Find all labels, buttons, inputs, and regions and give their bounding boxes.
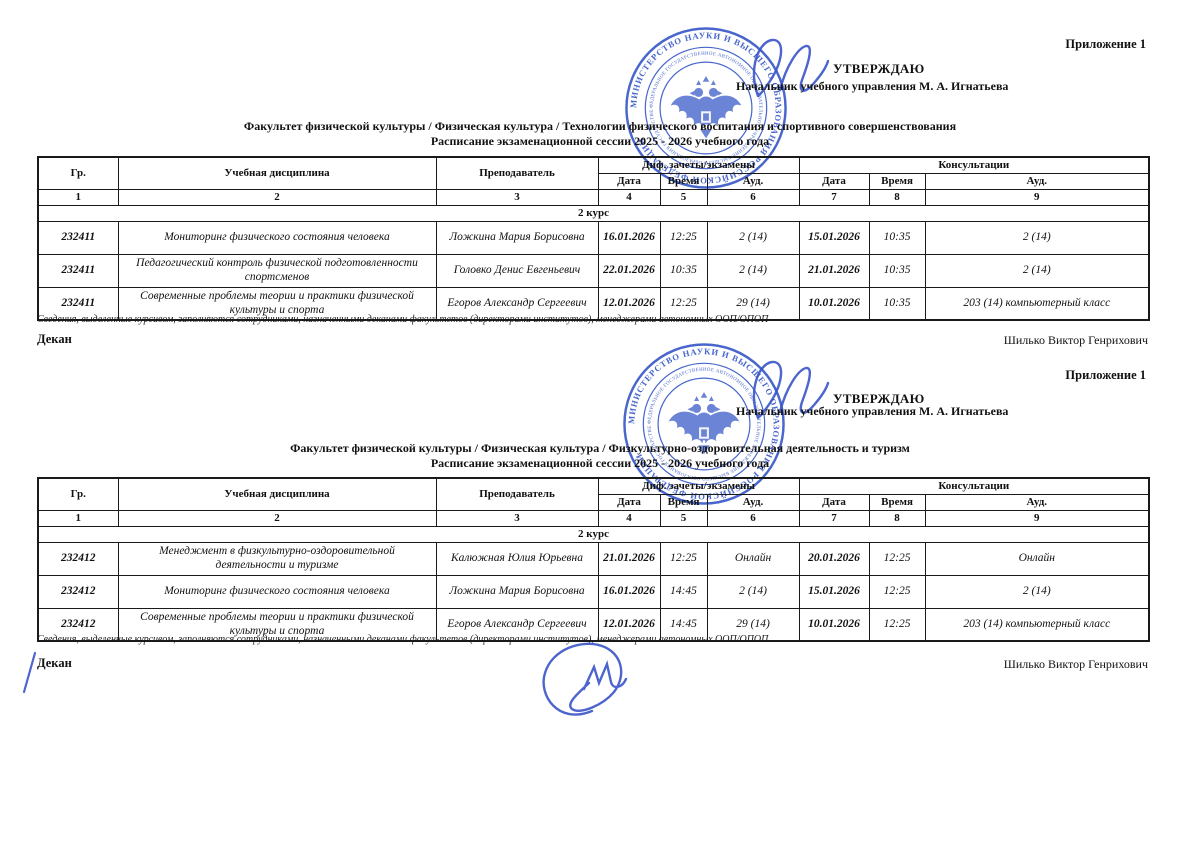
cell: 232411	[38, 254, 118, 287]
signature-graphic	[532, 637, 652, 725]
cell: Онлайн	[707, 542, 799, 575]
col-number: 4	[598, 510, 660, 526]
cell: Мониторинг физического состояния человек…	[118, 575, 436, 608]
pen-slash-mark	[20, 650, 40, 701]
dean-name: Шилько Виктор Генрихович	[1004, 333, 1148, 348]
cell: 232412	[38, 542, 118, 575]
sub-header-room: Ауд.	[707, 494, 799, 510]
cell: 12:25	[660, 542, 707, 575]
schedule-table: Гр. Учебная дисциплина Преподаватель Диф…	[37, 477, 1150, 642]
dean-label: Декан	[37, 656, 72, 671]
cell: 21.01.2026	[598, 542, 660, 575]
document-page: Приложение 1 МИНИСТЕРСТВО НАУКИ И ВЫСШЕГ…	[0, 0, 1200, 849]
cell: 12:25	[660, 221, 707, 254]
col-group-exams: Диф. зачеты/экзамены	[598, 478, 799, 494]
col-header-teacher: Преподаватель	[436, 157, 598, 189]
faculty-title: Факультет физической культуры / Физическ…	[0, 441, 1200, 456]
sub-header-date: Дата	[799, 173, 869, 189]
header-row-numbers: 1 2 3 4 5 6 7 8 9	[38, 189, 1149, 205]
col-header-discipline: Учебная дисциплина	[118, 157, 436, 189]
cell: 10:35	[869, 254, 925, 287]
table-row: 232412Мониторинг физического состояния ч…	[38, 575, 1149, 608]
course-row: 2 курс	[38, 205, 1149, 221]
col-group-consultations: Консультации	[799, 157, 1149, 173]
header-row-groups: Гр. Учебная дисциплина Преподаватель Диф…	[38, 157, 1149, 173]
schedule-table: Гр. Учебная дисциплина Преподаватель Диф…	[37, 156, 1150, 321]
col-number: 2	[118, 189, 436, 205]
sub-header-room: Ауд.	[925, 494, 1149, 510]
cell: Ложкина Мария Борисовна	[436, 575, 598, 608]
dean-label: Декан	[37, 332, 72, 347]
schedule-table-container: Гр. Учебная дисциплина Преподаватель Диф…	[37, 477, 1150, 642]
sub-header-time: Время	[869, 173, 925, 189]
cell: 12:25	[869, 542, 925, 575]
cell: Ложкина Мария Борисовна	[436, 221, 598, 254]
table-row: 232411Педагогический контроль физической…	[38, 254, 1149, 287]
col-number: 7	[799, 189, 869, 205]
cell: Мониторинг физического состояния человек…	[118, 221, 436, 254]
col-number: 5	[660, 189, 707, 205]
sub-header-room: Ауд.	[707, 173, 799, 189]
cell: 2 (14)	[925, 254, 1149, 287]
cell: 232412	[38, 575, 118, 608]
appendix-label: Приложение 1	[1065, 37, 1146, 52]
cell: 14:45	[660, 575, 707, 608]
cell: Педагогический контроль физической подго…	[118, 254, 436, 287]
cell: 20.01.2026	[799, 542, 869, 575]
col-number: 1	[38, 189, 118, 205]
schedule-table-container: Гр. Учебная дисциплина Преподаватель Диф…	[37, 156, 1150, 321]
col-header-group: Гр.	[38, 157, 118, 189]
sub-header-time: Время	[660, 173, 707, 189]
appendix-label: Приложение 1	[1065, 368, 1146, 383]
cell: 2 (14)	[925, 221, 1149, 254]
schedule-title: Расписание экзаменационной сессии 2025 -…	[0, 456, 1200, 471]
col-number: 9	[925, 510, 1149, 526]
col-number: 1	[38, 510, 118, 526]
cell: 22.01.2026	[598, 254, 660, 287]
footnote: Сведения, выделенные курсивом, заполняют…	[37, 314, 837, 325]
sub-header-date: Дата	[598, 173, 660, 189]
col-group-exams: Диф. зачеты/экзамены	[598, 157, 799, 173]
dean-signature	[532, 637, 652, 730]
course-label: 2 курс	[38, 526, 1149, 542]
slash-graphic	[20, 650, 40, 696]
col-number: 7	[799, 510, 869, 526]
cell: 203 (14) компьютерный класс	[925, 608, 1149, 641]
cell: 12:25	[869, 608, 925, 641]
col-number: 3	[436, 510, 598, 526]
sub-header-room: Ауд.	[925, 173, 1149, 189]
cell: 2 (14)	[707, 221, 799, 254]
cell: 2 (14)	[707, 254, 799, 287]
col-number: 3	[436, 189, 598, 205]
col-group-consultations: Консультации	[799, 478, 1149, 494]
cell: 16.01.2026	[598, 575, 660, 608]
col-header-discipline: Учебная дисциплина	[118, 478, 436, 510]
cell: 12:25	[869, 575, 925, 608]
col-number: 6	[707, 510, 799, 526]
col-number: 6	[707, 189, 799, 205]
table-row: 232412Менеджмент в физкультурно-оздорови…	[38, 542, 1149, 575]
col-number: 9	[925, 189, 1149, 205]
sub-header-time: Время	[869, 494, 925, 510]
cell: 10:35	[869, 221, 925, 254]
course-label: 2 курс	[38, 205, 1149, 221]
cell: 15.01.2026	[799, 575, 869, 608]
col-number: 8	[869, 510, 925, 526]
col-number: 2	[118, 510, 436, 526]
course-row: 2 курс	[38, 526, 1149, 542]
cell: 21.01.2026	[799, 254, 869, 287]
cell: 10:35	[660, 254, 707, 287]
cell: 203 (14) компьютерный класс	[925, 287, 1149, 320]
cell: 232411	[38, 221, 118, 254]
header-row-groups: Гр. Учебная дисциплина Преподаватель Диф…	[38, 478, 1149, 494]
col-number: 8	[869, 189, 925, 205]
table-row: 232411Мониторинг физического состояния ч…	[38, 221, 1149, 254]
cell: 15.01.2026	[799, 221, 869, 254]
cell: 16.01.2026	[598, 221, 660, 254]
col-header-teacher: Преподаватель	[436, 478, 598, 510]
cell: Головко Денис Евгеньевич	[436, 254, 598, 287]
faculty-title: Факультет физической культуры / Физическ…	[0, 119, 1200, 134]
approve-heading: УТВЕРЖДАЮ	[833, 61, 925, 77]
footnote: Сведения, выделенные курсивом, заполняют…	[37, 634, 837, 645]
col-header-group: Гр.	[38, 478, 118, 510]
col-number: 4	[598, 189, 660, 205]
schedule-title: Расписание экзаменационной сессии 2025 -…	[0, 134, 1200, 149]
cell: 2 (14)	[707, 575, 799, 608]
approver-line: Начальник учебного управления М. А. Игна…	[736, 404, 1008, 419]
cell: Калюжная Юлия Юрьевна	[436, 542, 598, 575]
header-row-numbers: 1 2 3 4 5 6 7 8 9	[38, 510, 1149, 526]
cell: 2 (14)	[925, 575, 1149, 608]
cell: Онлайн	[925, 542, 1149, 575]
col-number: 5	[660, 510, 707, 526]
cell: Менеджмент в физкультурно-оздоровительно…	[118, 542, 436, 575]
sub-header-date: Дата	[799, 494, 869, 510]
approver-line: Начальник учебного управления М. А. Игна…	[736, 79, 1008, 94]
sub-header-time: Время	[660, 494, 707, 510]
dean-name: Шилько Виктор Генрихович	[1004, 657, 1148, 672]
cell: 10:35	[869, 287, 925, 320]
sub-header-date: Дата	[598, 494, 660, 510]
